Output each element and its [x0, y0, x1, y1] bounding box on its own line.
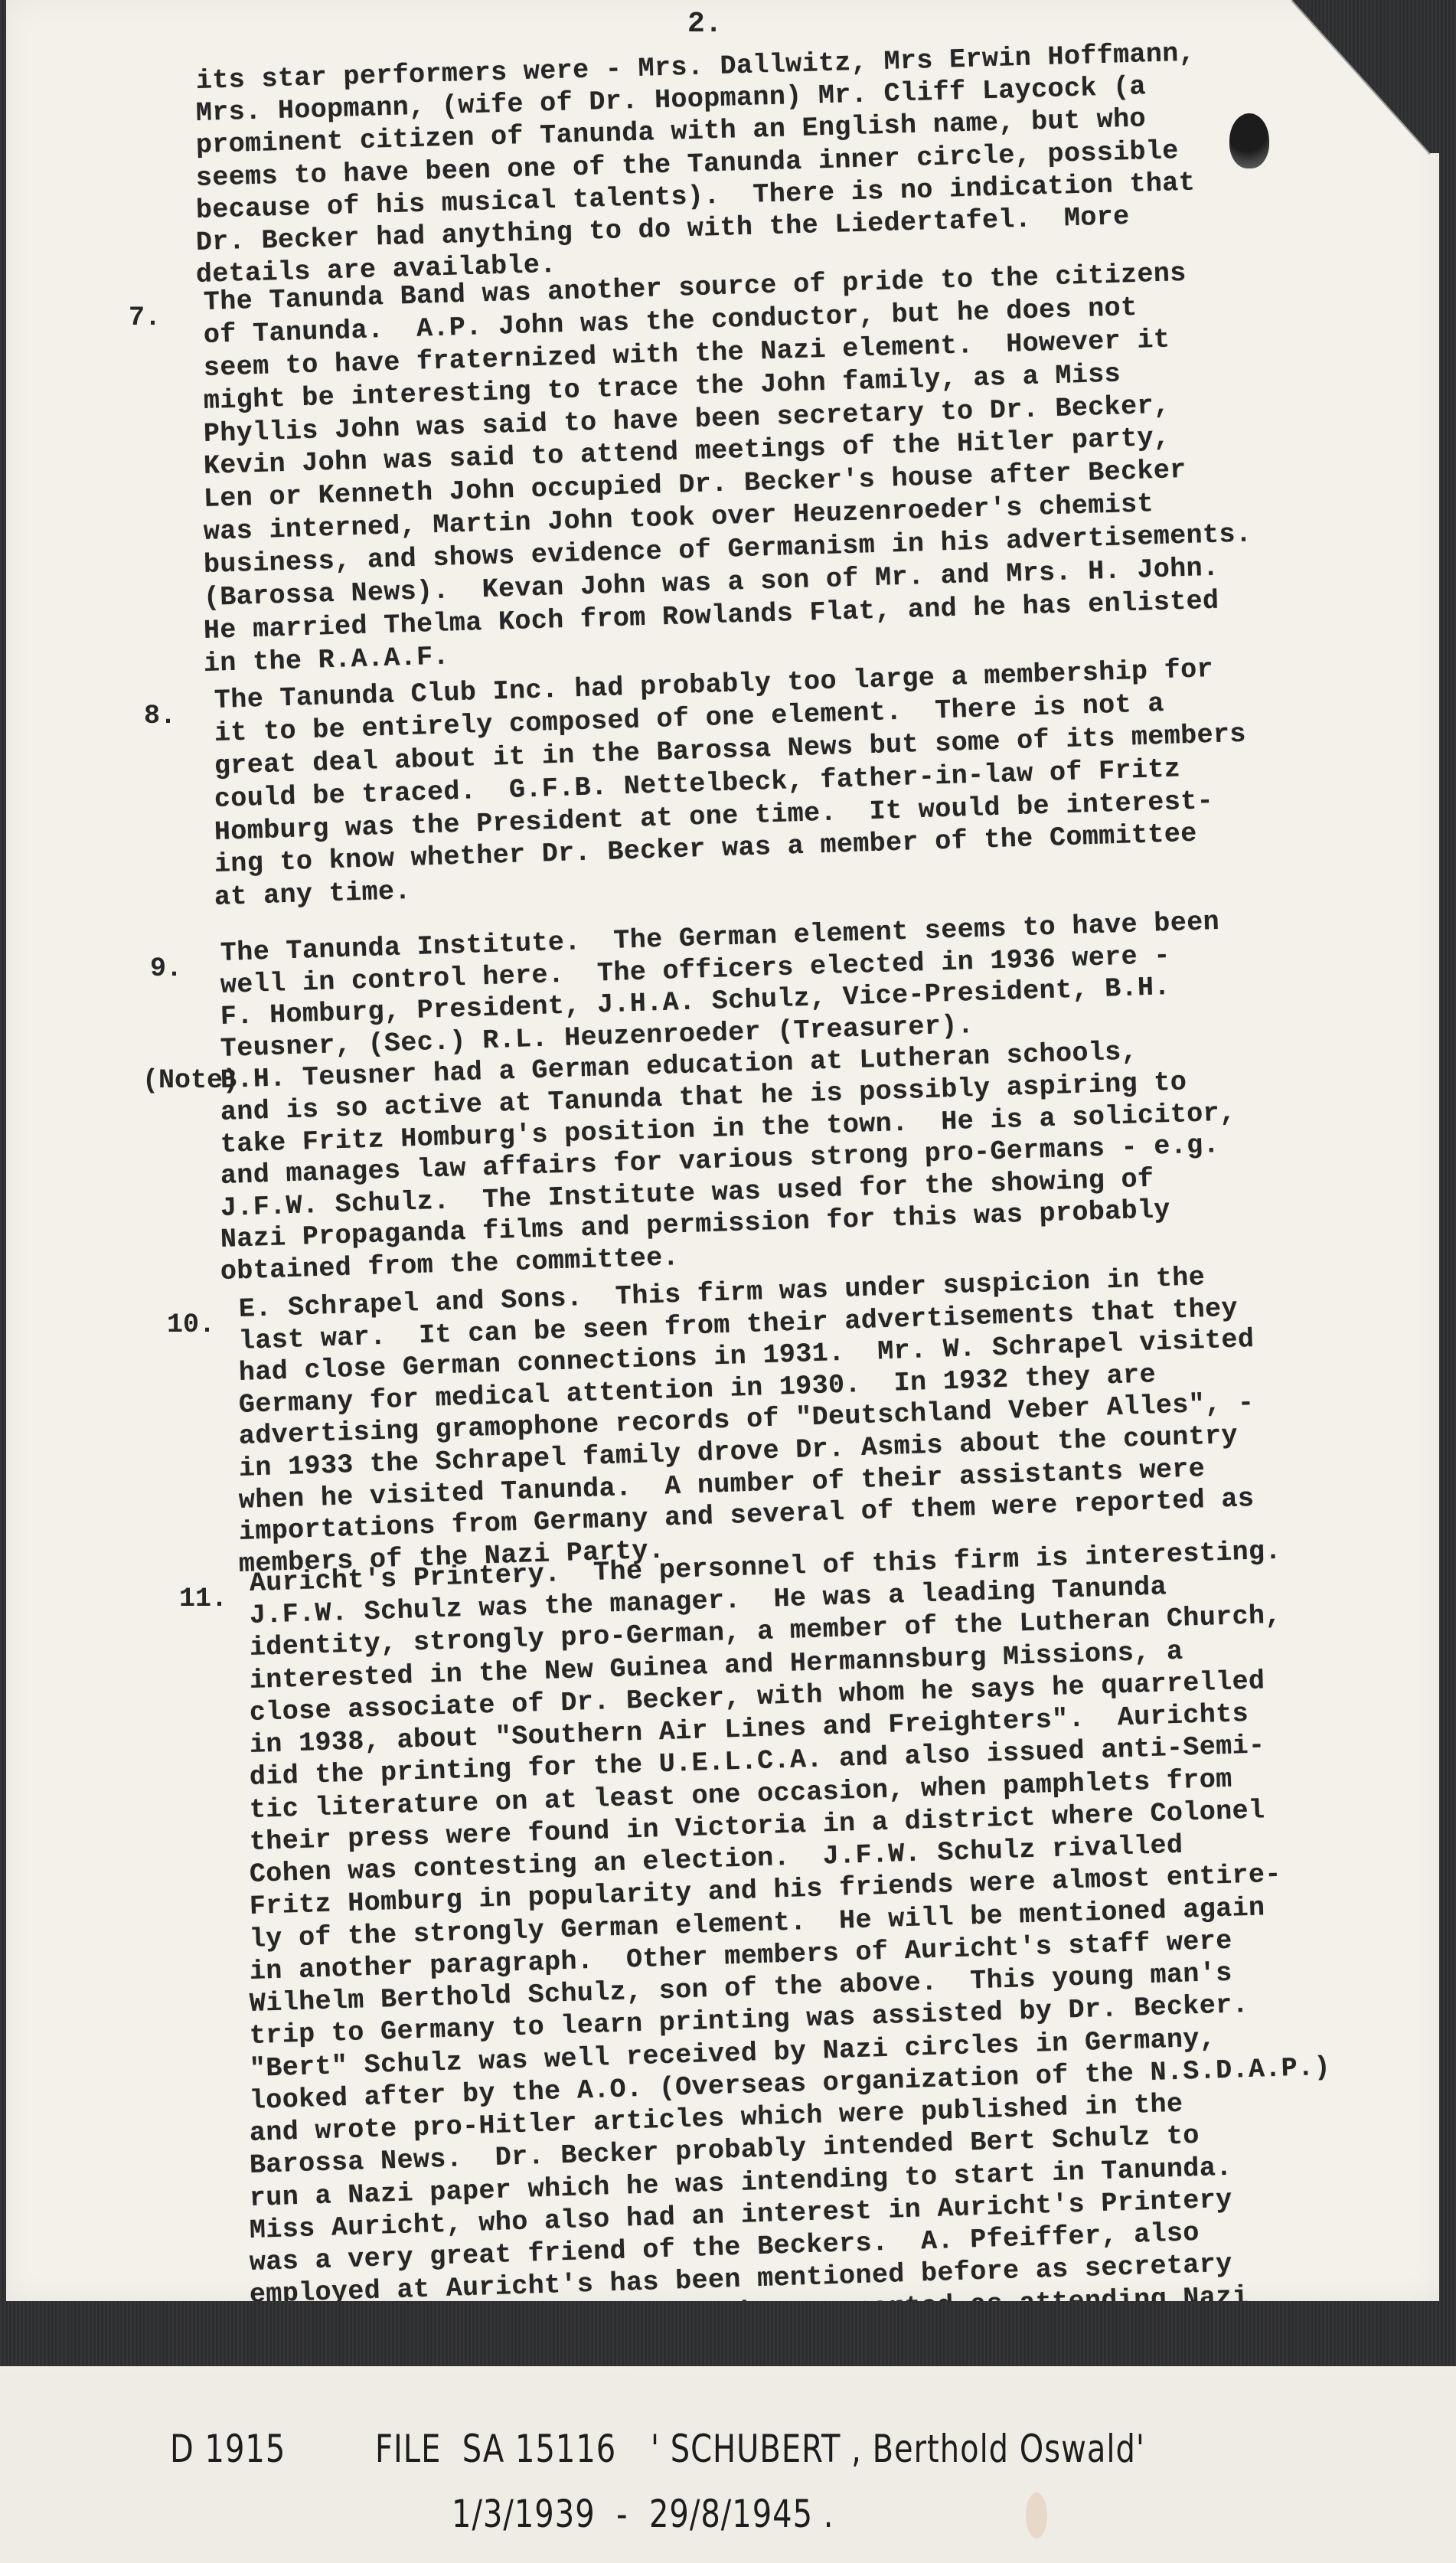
file-reference: D 1915	[170, 2427, 286, 2472]
paper-stain	[1026, 2493, 1047, 2538]
paragraph-number: 9.	[150, 953, 182, 984]
typed-line: in the R.A.A.F.	[203, 641, 449, 679]
typed-line: at any time.	[214, 876, 411, 913]
paragraph-number: 8.	[144, 701, 176, 731]
typed-page: 2. its star performers were - Mrs. Dallw…	[6, 0, 1439, 2301]
paragraph-number: 7.	[129, 302, 161, 333]
punch-hole	[1229, 113, 1269, 168]
file-subject-name: ' SCHUBERT , Berthold Oswald'	[651, 2427, 1145, 2472]
file-number: FILE SA 15116	[375, 2427, 616, 2472]
page-number: 2.	[687, 8, 723, 41]
paragraph-number: 10.	[167, 1309, 215, 1340]
paragraph-number: 11.	[179, 1584, 227, 1614]
file-date-range: 1/3/1939 - 29/8/1945 .	[452, 2493, 834, 2537]
